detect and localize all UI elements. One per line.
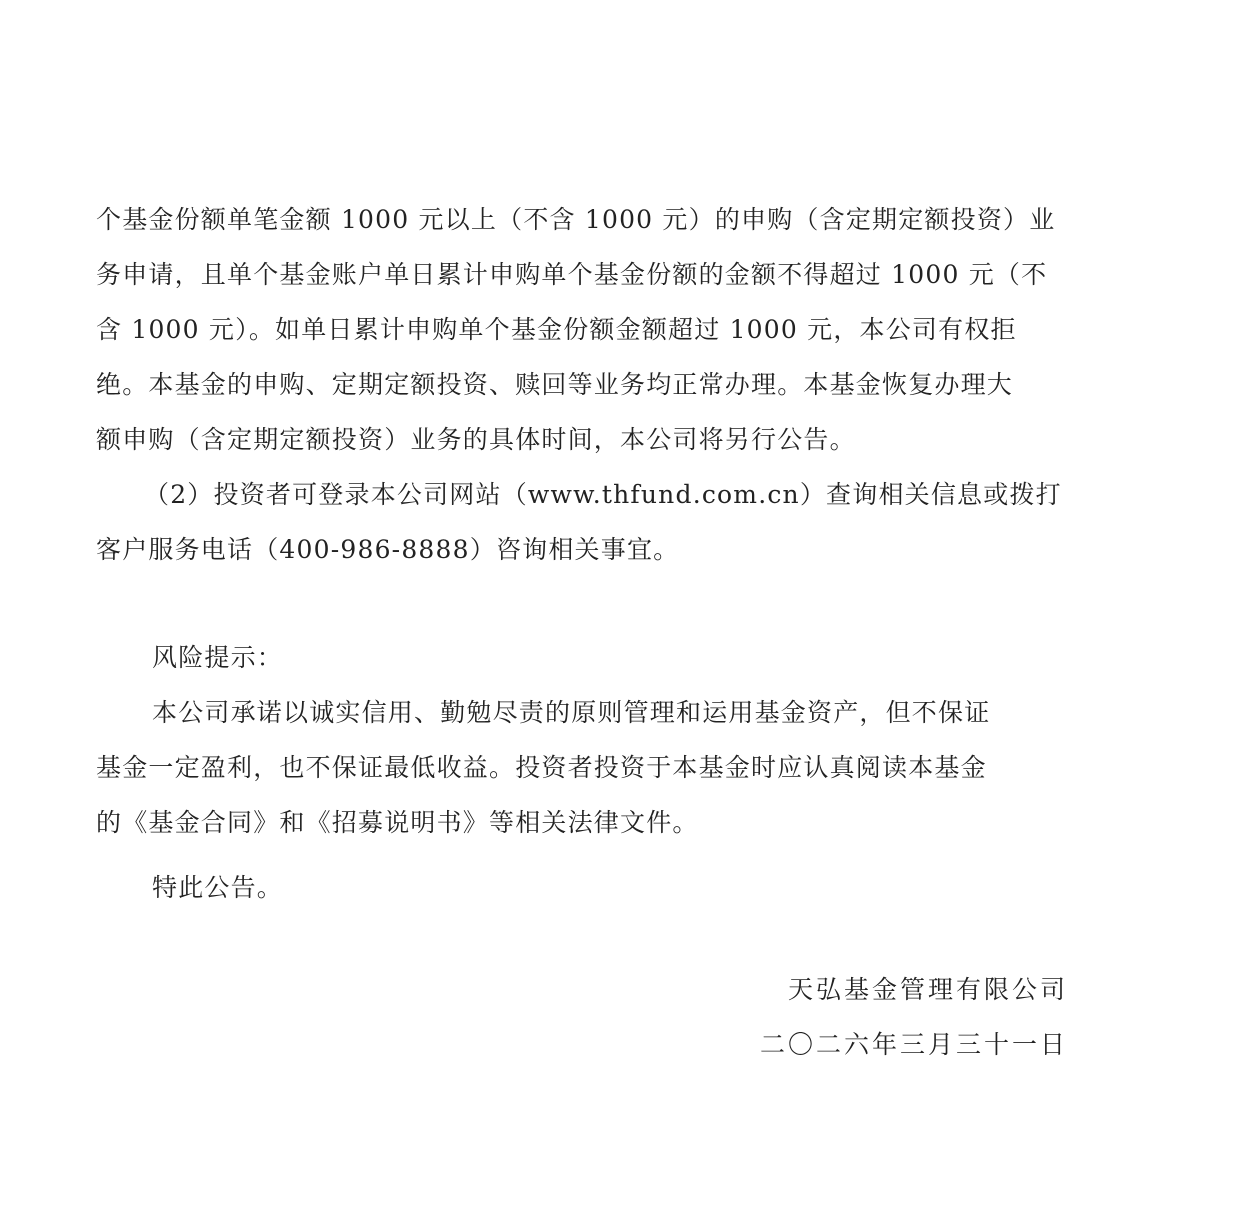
signature-company: 天弘基金管理有限公司	[788, 975, 1068, 1005]
paragraph-line: 含 1000 元）。如单日累计申购单个基金份额金额超过 1000 元，本公司有权…	[96, 315, 1017, 345]
paragraph-line: 额申购（含定期定额投资）业务的具体时间，本公司将另行公告。	[96, 425, 856, 455]
paragraph-line: 个基金份额单笔金额 1000 元以上（不含 1000 元）的申购（含定期定额投资…	[96, 205, 1055, 235]
paragraph-line: （2）投资者可登录本公司网站（www.thfund.com.cn）查询相关信息或…	[144, 480, 1062, 510]
paragraph-line: 务申请，且单个基金账户单日累计申购单个基金份额的金额不得超过 1000 元（不	[96, 260, 1047, 290]
closing-statement: 特此公告。	[152, 873, 283, 903]
risk-heading: 风险提示：	[152, 643, 283, 673]
paragraph-line: 客户服务电话（400-986-8888）咨询相关事宜。	[96, 535, 679, 565]
signature-date: 二〇二六年三月三十一日	[760, 1030, 1068, 1060]
risk-line: 的《基金合同》和《招募说明书》等相关法律文件。	[96, 808, 699, 838]
risk-line: 基金一定盈利，也不保证最低收益。投资者投资于本基金时应认真阅读本基金	[96, 753, 987, 783]
paragraph-line: 绝。本基金的申购、定期定额投资、赎回等业务均正常办理。本基金恢复办理大	[96, 370, 1013, 400]
risk-line: 本公司承诺以诚实信用、勤勉尽责的原则管理和运用基金资产，但不保证	[152, 698, 990, 728]
